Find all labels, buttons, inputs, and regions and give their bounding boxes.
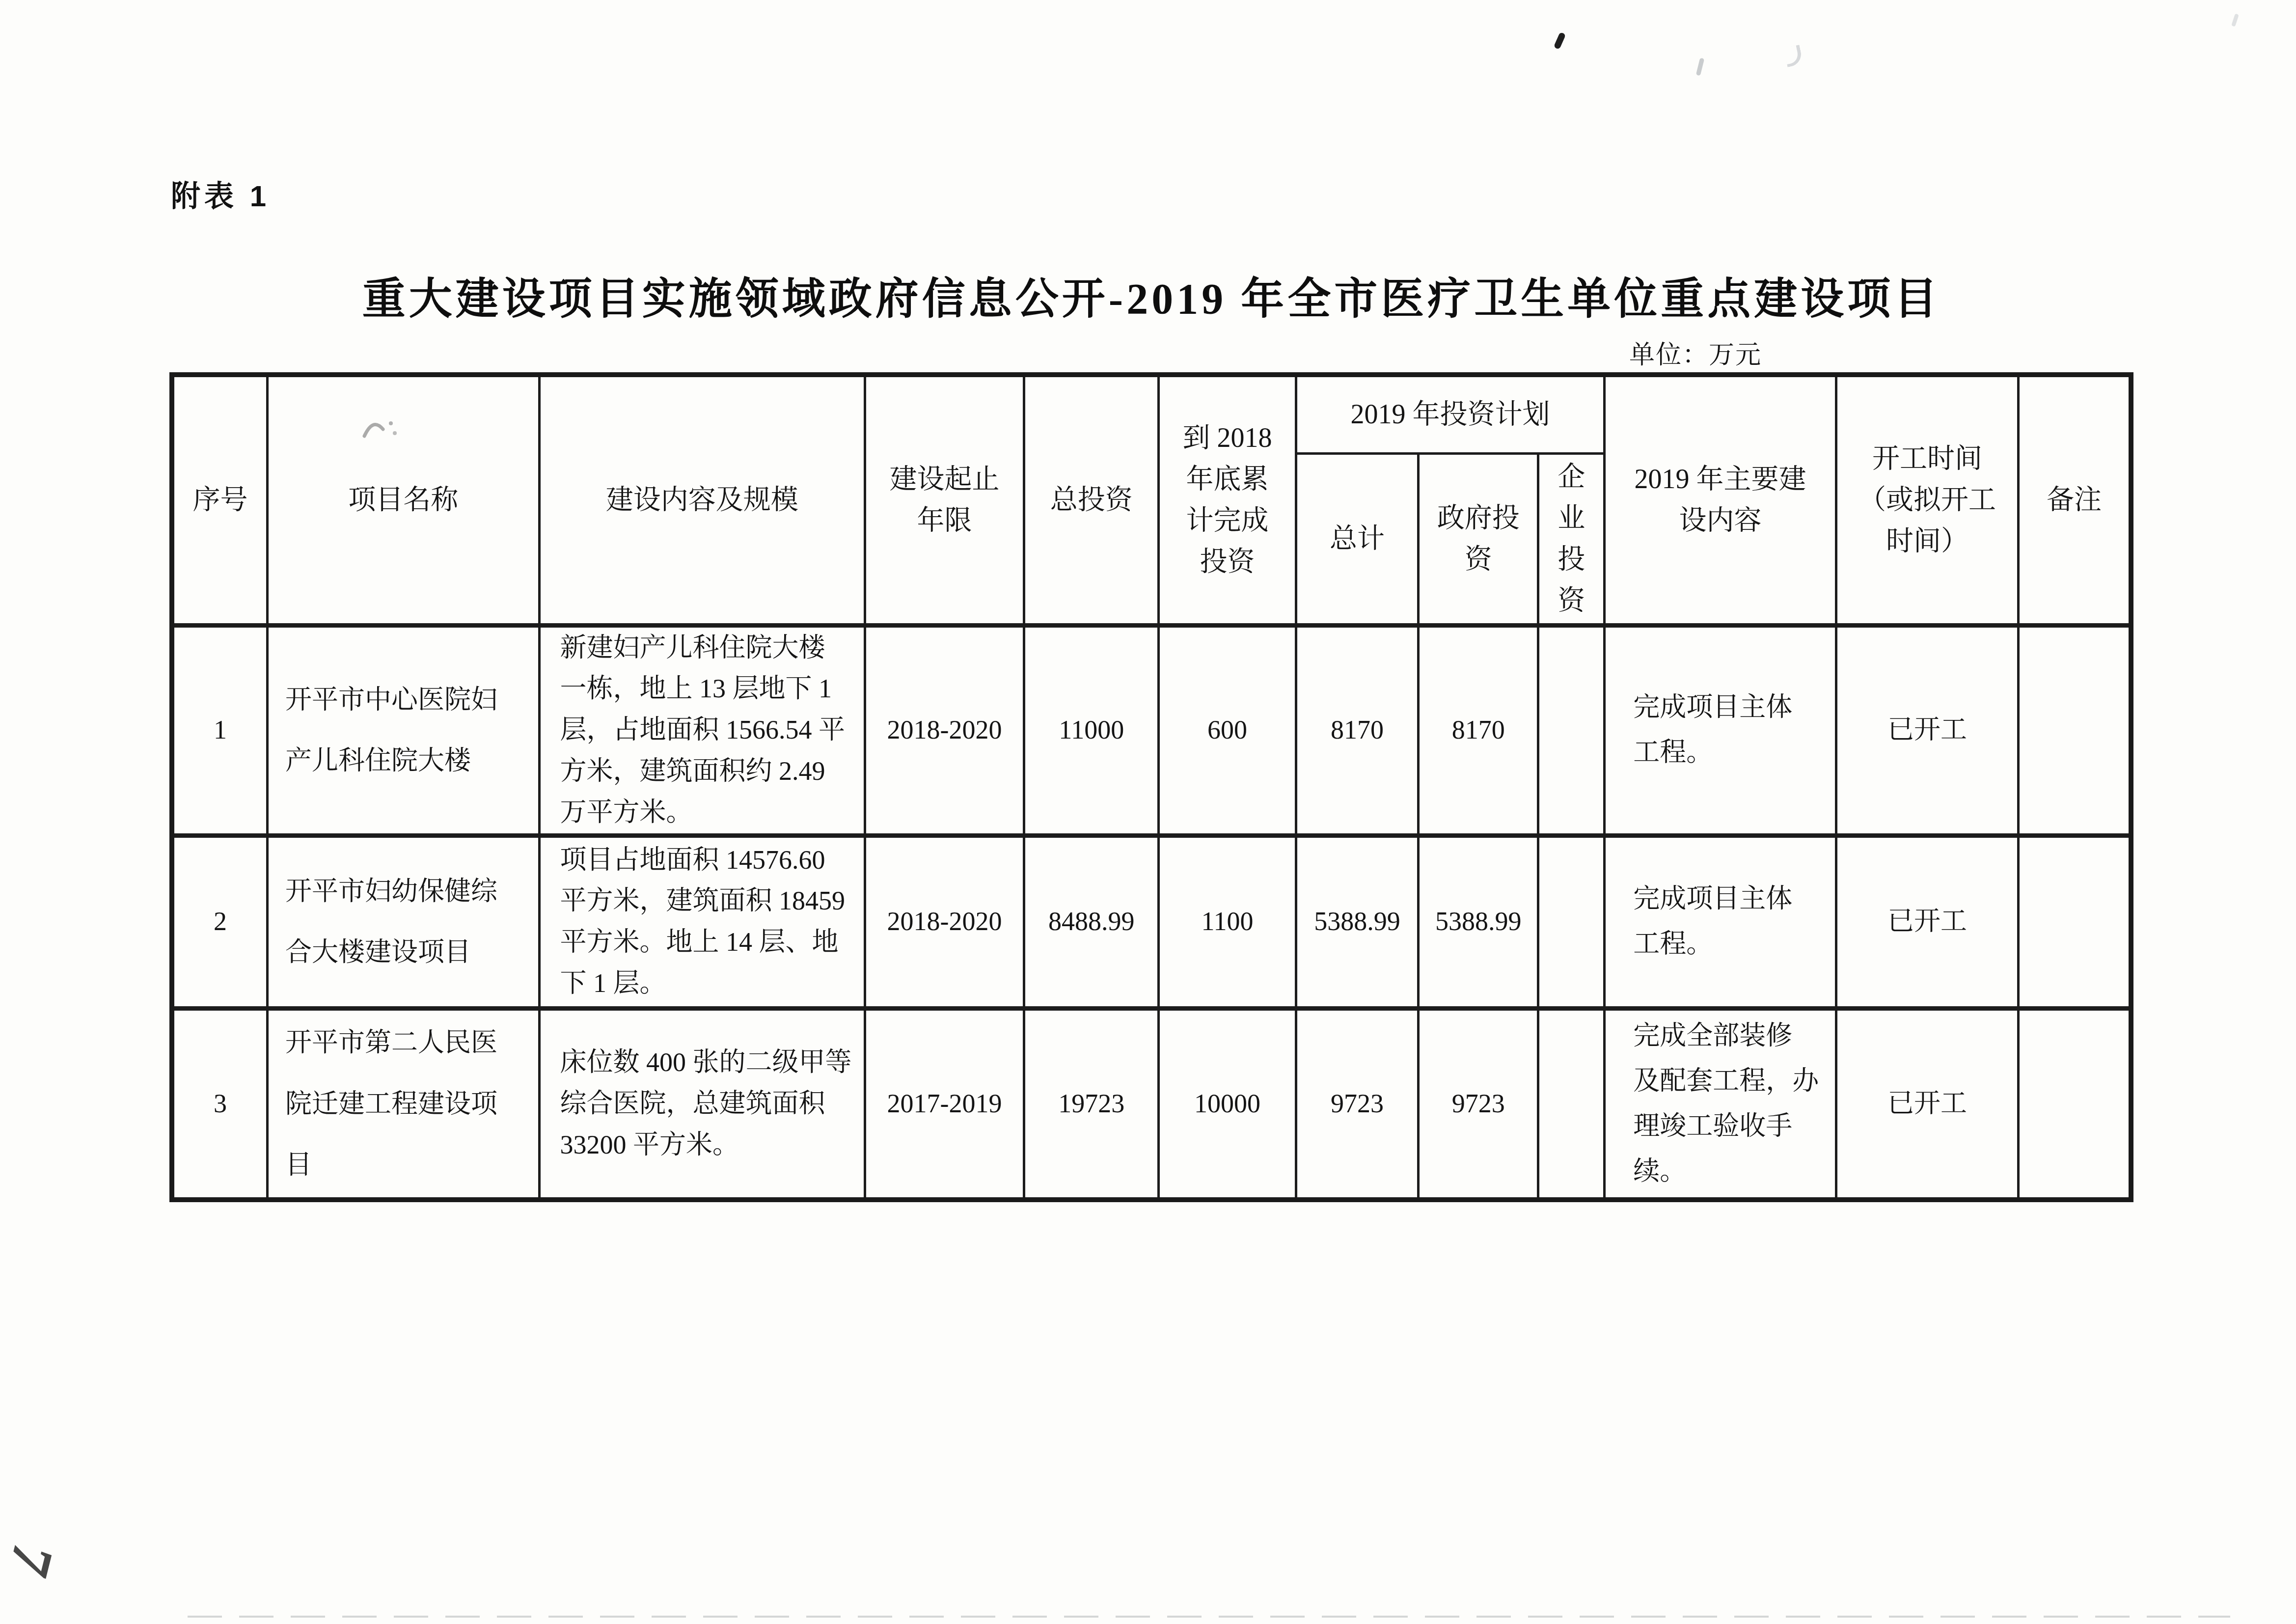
header-completed-by-2018: 到 2018 年底累 计完成 投资 [1159,375,1296,625]
row2-seq: 2 [172,835,268,1008]
row1-total-investment: 11000 [1024,625,1159,835]
row3-completed-by-2018: 10000 [1159,1008,1296,1200]
row1-plan-government: 8170 [1419,625,1538,835]
row3-project-name: 开平市第二人民医 院迁建工程建设项 目 [268,1008,540,1200]
row1-plan-total: 8170 [1296,625,1418,835]
annex-label: 附表 1 [171,173,270,215]
header-project-name: 项目名称 [268,375,540,625]
scanned-document-page: 附表 1 重大建设项目实施领域政府信息公开-2019 年全市医疗卫生单位重点建设… [0,0,2296,1624]
row1-completed-by-2018: 600 [1159,625,1296,835]
handwritten-page-number: 7 [0,1534,66,1585]
header-content-scale: 建设内容及规模 [539,375,865,625]
row3-2019-main-content: 完成全部装修 及配套工程，办 理竣工验收手 续。 [1605,1008,1836,1200]
row2-2019-main-content: 完成项目主体 工程。 [1605,835,1836,1008]
row2-project-name: 开平市妇幼保健综 合大楼建设项目 [268,835,540,1008]
scan-artifact-mark [362,415,401,443]
row3-start-time: 已开工 [1836,1008,2018,1200]
scan-speck [2231,13,2239,27]
row2-total-investment: 8488.99 [1024,835,1159,1008]
row2-content-scale: 项目占地面积 14576.60 平方米，建筑面积 18459 平方米。地上 14… [539,835,865,1008]
row3-plan-enterprise [1538,1008,1605,1200]
header-plan-total: 总计 [1296,453,1418,625]
row1-start-time: 已开工 [1836,625,2018,835]
header-2019-main-content: 2019 年主要建 设内容 [1605,375,1836,625]
projects-table: 序号 项目名称 建设内容及规模 建设起止 年限 总投资 到 2018 年底累 计… [169,372,2133,1202]
header-2019-plan-group: 2019 年投资计划 [1296,375,1604,453]
row1-plan-enterprise [1538,625,1605,835]
document-title: 重大建设项目实施领域政府信息公开-2019 年全市医疗卫生单位重点建设项目 [169,264,2133,326]
row2-plan-total: 5388.99 [1296,835,1418,1008]
row2-plan-enterprise [1538,835,1605,1008]
row1-content-scale: 新建妇产儿科住院大楼 一栋，地上 13 层地下 1 层，占地面积 1566.54… [539,625,865,835]
row1-remarks [2019,625,2131,835]
scan-speck [1696,57,1704,76]
header-total-investment: 总投资 [1024,375,1159,625]
header-row-group: 序号 项目名称 建设内容及规模 建设起止 年限 总投资 到 2018 年底累 计… [172,375,2131,453]
row2-plan-government: 5388.99 [1419,835,1538,1008]
row3-build-period: 2017-2019 [865,1008,1024,1200]
row2-build-period: 2018-2020 [865,835,1024,1008]
header-remarks: 备注 [2019,375,2131,625]
row3-total-investment: 19723 [1024,1008,1159,1200]
row3-remarks [2019,1008,2131,1200]
row2-remarks [2019,835,2131,1008]
row3-content-scale: 床位数 400 张的二级甲等 综合医院，总建筑面积 33200 平方米。 [539,1008,865,1200]
row3-plan-government: 9723 [1419,1008,1538,1200]
scan-speck [1783,45,1804,67]
row1-2019-main-content: 完成项目主体 工程。 [1605,625,1836,835]
row3-seq: 3 [172,1008,268,1200]
header-plan-government: 政府投 资 [1419,453,1538,625]
row1-build-period: 2018-2020 [865,625,1024,835]
unit-note: 单位：万元 [1629,334,1762,371]
scan-edge-line [188,1616,2230,1618]
table-row-1: 1 开平市中心医院妇 产儿科住院大楼 新建妇产儿科住院大楼 一栋，地上 13 层… [172,625,2131,835]
scan-speck [1554,32,1566,50]
row1-project-name: 开平市中心医院妇 产儿科住院大楼 [268,625,540,835]
table-row-2: 2 开平市妇幼保健综 合大楼建设项目 项目占地面积 14576.60 平方米，建… [172,835,2131,1008]
header-seq: 序号 [172,375,268,625]
row2-start-time: 已开工 [1836,835,2018,1008]
table-row-3: 3 开平市第二人民医 院迁建工程建设项 目 床位数 400 张的二级甲等 综合医… [172,1008,2131,1200]
header-plan-enterprise: 企 业 投 资 [1538,453,1605,625]
row1-seq: 1 [172,625,268,835]
row3-plan-total: 9723 [1296,1008,1418,1200]
header-build-period: 建设起止 年限 [865,375,1024,625]
header-start-time: 开工时间 （或拟开工 时间） [1836,375,2018,625]
row2-completed-by-2018: 1100 [1159,835,1296,1008]
